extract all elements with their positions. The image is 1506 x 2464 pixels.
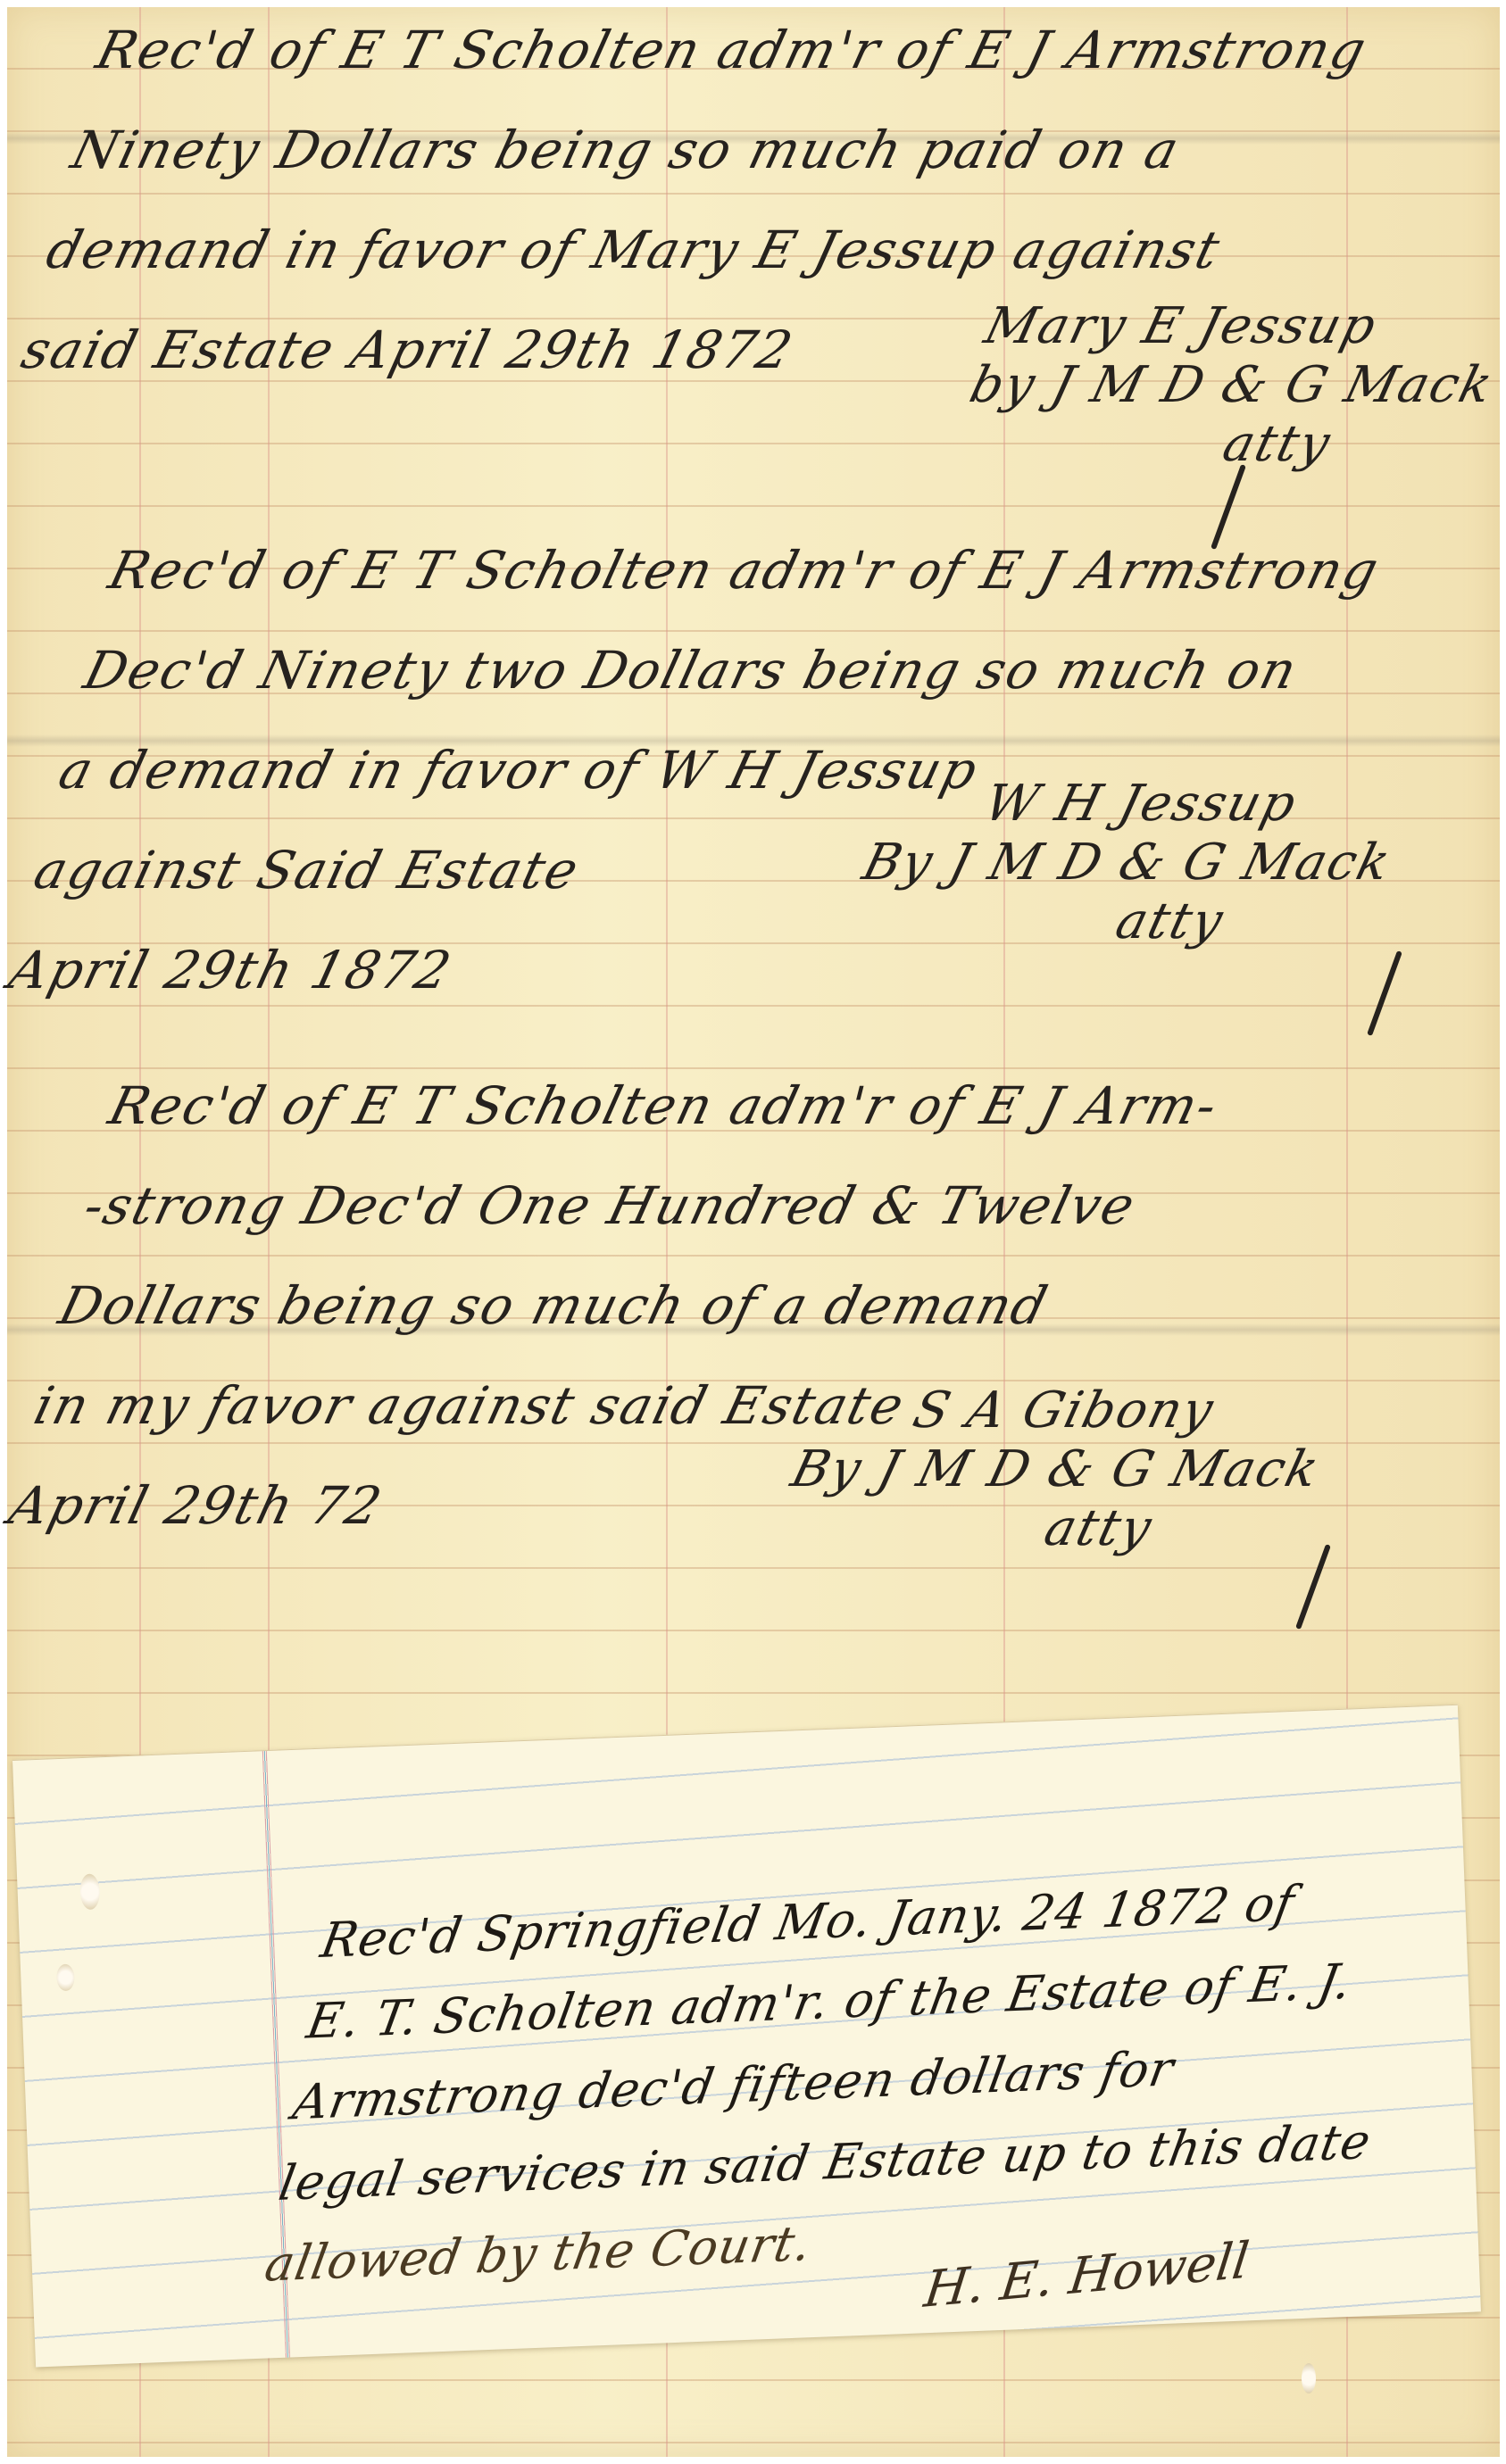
receipt-line: Rec'd of E T Scholten adm'r of E J Armst… [98,520,1391,620]
signature-name: S A Gibony [800,1381,1340,1440]
receipt-line: -strong Dec'd One Hundred & Twelve [73,1156,1204,1256]
signature-title: atty [949,415,1485,474]
receipt-line: Rec'd of E T Scholten adm'r of E J Arm- [98,1056,1229,1156]
signature-by: By J M D & G Mack [786,1440,1326,1499]
paper-hole [79,1873,101,1910]
signature-by: By J M D & G Mack [857,834,1397,892]
receipt-2-signature: W H Jessup By J M D & G Mack atty [842,775,1411,951]
receipt-line: Dec'd Ninety two Dollars being so much o… [73,620,1366,720]
receipt-line: demand in favor of Mary E Jessup against [36,200,1328,300]
receipt-line: Ninety Dollars being so much paid on a [61,100,1353,200]
signature-title: atty [842,892,1382,951]
signature-by: by J M D & G Mack [964,356,1500,415]
paper-hole [1302,2363,1316,2393]
signature-title: atty [770,1499,1310,1558]
signature-name: Mary E Jessup [978,297,1506,356]
paper-hole [56,1964,75,1992]
receipt-3-signature: S A Gibony By J M D & G Mack atty [770,1381,1340,1558]
flourish-mark [1367,950,1402,1036]
receipt-line: Dollars being so much of a demand [48,1256,1179,1356]
receipt-1-signature: Mary E Jessup by J M D & G Mack atty [949,297,1506,474]
receipt-line: Rec'd of E T Scholten adm'r of E J Armst… [86,0,1378,100]
flourish-mark [1295,1544,1331,1630]
pasted-receipt-slip: Rec'd Springfield Mo. Jany. 24 1872 of E… [12,1705,1481,2368]
signature-name: W H Jessup [871,775,1411,834]
